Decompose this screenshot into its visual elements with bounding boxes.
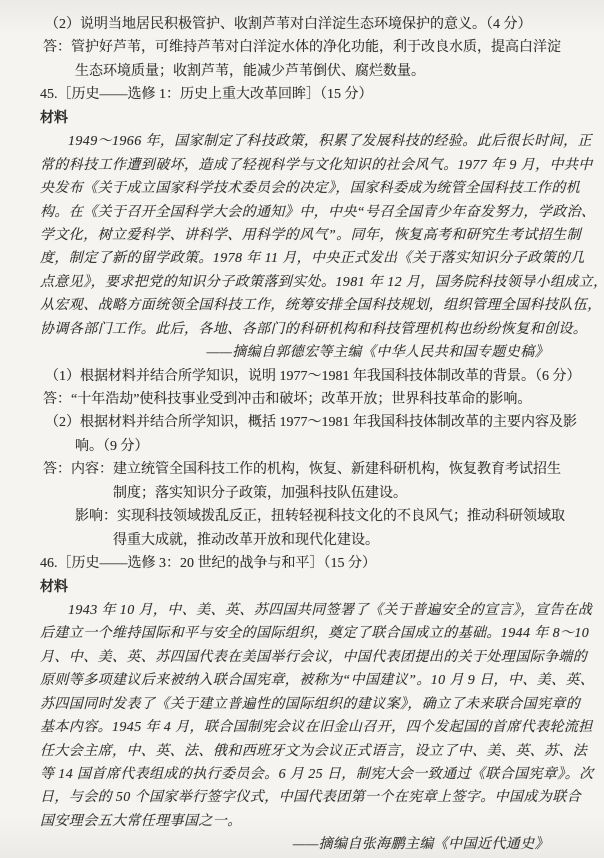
question-prompt: （1）根据材料并结合所学知识，说明 1977～1981 年我国科技体制改革的背景… (0, 365, 604, 388)
answer-line: 生态环境质量；收割芦苇，能减少芦苇倒伏、腐烂数量。 (0, 60, 604, 83)
material-line: 月、中、美、英、苏四国代表在美国举行会议，中国代表团提出的关于处理国际争端的 (0, 646, 604, 669)
source-attribution: ——摘编自张海鹏主编《中国近代通史》 (0, 833, 604, 856)
document-page: （2）说明当地居民积极管护、收割芦苇对白洋淀生态环境保护的意义。（4 分） 答：… (0, 0, 604, 858)
material-line: 点意见》，要求把党的知识分子政策落到实处。1981 年 12 月，国务院科技领导… (0, 271, 604, 294)
material-label: 材料 (0, 576, 604, 599)
question-prompt-continuation: 响。（9 分） (0, 435, 604, 458)
section-45-heading: 45.［历史——选修 1：历史上重大改革回眸］（15 分） (0, 83, 604, 106)
material-line: 国安理会五大常任理事国之一。 (0, 810, 604, 833)
question-prompt: （2）根据材料并结合所学知识，概括 1977～1981 年我国科技体制改革的主要… (0, 411, 604, 434)
answer-line: 答：管护好芦苇，可维持芦苇对白洋淀水体的净化功能，利于改良水质，提高白洋淀 (0, 36, 604, 59)
material-line: 构。在《关于召开全国科学大会的通知》中，中央“号召全国青少年奋发努力，学政治、 (0, 201, 604, 224)
material-line: 1943 年 10 月，中、美、英、苏四国共同签署了《关于普遍安全的宣言》，宣告… (0, 599, 604, 622)
answer-line: 影响：实现科技领域拨乱反正，扭转轻视科技文化的不良风气；推动科研领域取 (0, 505, 604, 528)
material-line: 任大会主席，中、英、法、俄和西班牙文为会议正式语言，设立了中、美、英、苏、法 (0, 740, 604, 763)
material-line: 学文化，树立爱科学、讲科学、用科学的风气”。同年，恢复高考和研究生考试招生制 (0, 224, 604, 247)
question-prompt: （2）说明当地居民积极管护、收割芦苇对白洋淀生态环境保护的意义。（4 分） (0, 13, 604, 36)
answer-line: 答：内容：建立统管全国科技工作的机构，恢复、新建科研机构，恢复教育考试招生 (0, 458, 604, 481)
material-line: 日，与会的 50 个国家举行签字仪式，中国代表团第一个在宪章上签字。中国成为联合 (0, 786, 604, 809)
material-line: 原则等多项建议后来被纳入联合国宪章，被称为“中国建议”。10 月 9 日，中、美… (0, 669, 604, 692)
material-line: 度，制定了新的留学政策。1978 年 11 月，中央正式发出《关于落实知识分子政… (0, 247, 604, 270)
answer-line: 制度；落实知识分子政策，加强科技队伍建设。 (0, 482, 604, 505)
material-line: 常的科技工作遭到破坏，造成了轻视科学与文化知识的社会风气。1977 年 9 月，… (0, 154, 604, 177)
material-line: 央发布《关于成立国家科学技术委员会的决定》，国家科委成为统管全国科技工作的机 (0, 177, 604, 200)
material-line: 从宏观、战略方面统领全国科技工作，统筹安排全国科技规划，组织管理全国科技队伍， (0, 294, 604, 317)
material-line: 苏四国同时发表了《关于建立普遍性的国际组织的建议案》，确立了未来联合国宪章的 (0, 693, 604, 716)
material-label: 材料 (0, 107, 604, 130)
answer-line: 得重大成就，推动改革开放和现代化建设。 (0, 529, 604, 552)
source-attribution: ——摘编自郭德宏等主编《中华人民共和国专题史稿》 (0, 341, 604, 364)
material-line: 基本内容。1945 年 4 月，联合国制宪会议在旧金山召开，四个发起国的首席代表… (0, 716, 604, 739)
material-line: 协调各部门工作。此后，各地、各部门的科研机构和科技管理机构也纷纷恢复和创设。 (0, 318, 604, 341)
material-line: 1949～1966 年，国家制定了科技政策，积累了发展科技的经验。此后很长时间，… (0, 130, 604, 153)
section-46-heading: 46.［历史——选修 3：20 世纪的战争与和平］（15 分） (0, 552, 604, 575)
material-line: 等 14 国首席代表组成的执行委员会。6 月 25 日，制宪大会一致通过《联合国… (0, 763, 604, 786)
answer-line: 答：“十年浩劫”使科技事业受到冲击和破坏；改革开放；世界科技革命的影响。 (0, 388, 604, 411)
material-line: 后建立一个维持国际和平与安全的国际组织，奠定了联合国成立的基础。1944 年 8… (0, 622, 604, 645)
